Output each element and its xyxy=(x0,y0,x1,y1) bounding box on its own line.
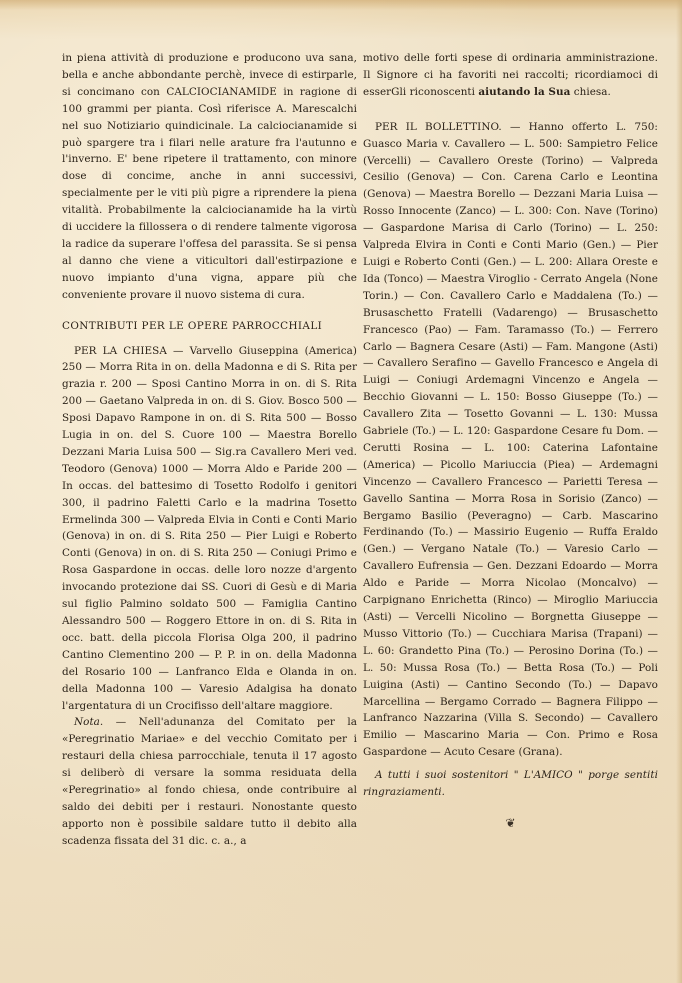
chiesa-text: — Varvello Giuseppina (America) 250 — Mo… xyxy=(62,345,357,712)
scanned-page: in piena attività di produzione e produc… xyxy=(0,0,682,983)
section-heading: CONTRIBUTI PER LE OPERE PARROCCHIALI xyxy=(62,318,357,335)
closing-thanks: A tutti i suoi sostenitori " L'AMICO " p… xyxy=(363,767,658,801)
bollettino-contributions: PER IL BOLLETTINO. — Hanno offerto L. 75… xyxy=(363,119,658,761)
continuation-end: chiesa. xyxy=(570,86,611,98)
continuation-paragraph: motivo delle forti spese di ordinaria am… xyxy=(363,50,658,101)
bollettino-label: PER IL BOLLETTINO. xyxy=(375,121,502,133)
left-column: in piena attività di produzione e produc… xyxy=(62,50,357,850)
ornament-icon: ❦ xyxy=(363,815,658,832)
nota-text: — Nell'adunanza del Comitato per la «Per… xyxy=(62,716,357,846)
nota-paragraph: Nota. — Nell'adunanza del Comitato per l… xyxy=(62,714,357,849)
right-column: motivo delle forti spese di ordinaria am… xyxy=(363,50,658,832)
chiesa-contributions: PER LA CHIESA — Varvello Giuseppina (Ame… xyxy=(62,343,357,715)
nota-label: Nota. xyxy=(74,716,103,728)
page-edge-right xyxy=(676,0,682,983)
chiesa-label: PER LA CHIESA xyxy=(74,345,167,357)
calciocianamide-paragraph: in piena attività di produzione e produc… xyxy=(62,50,357,304)
bollettino-text: — Hanno offerto L. 750: Guasco Maria v. … xyxy=(363,121,658,759)
page-edge-top xyxy=(0,0,682,10)
continuation-bold: aiutando la Sua xyxy=(478,86,570,98)
